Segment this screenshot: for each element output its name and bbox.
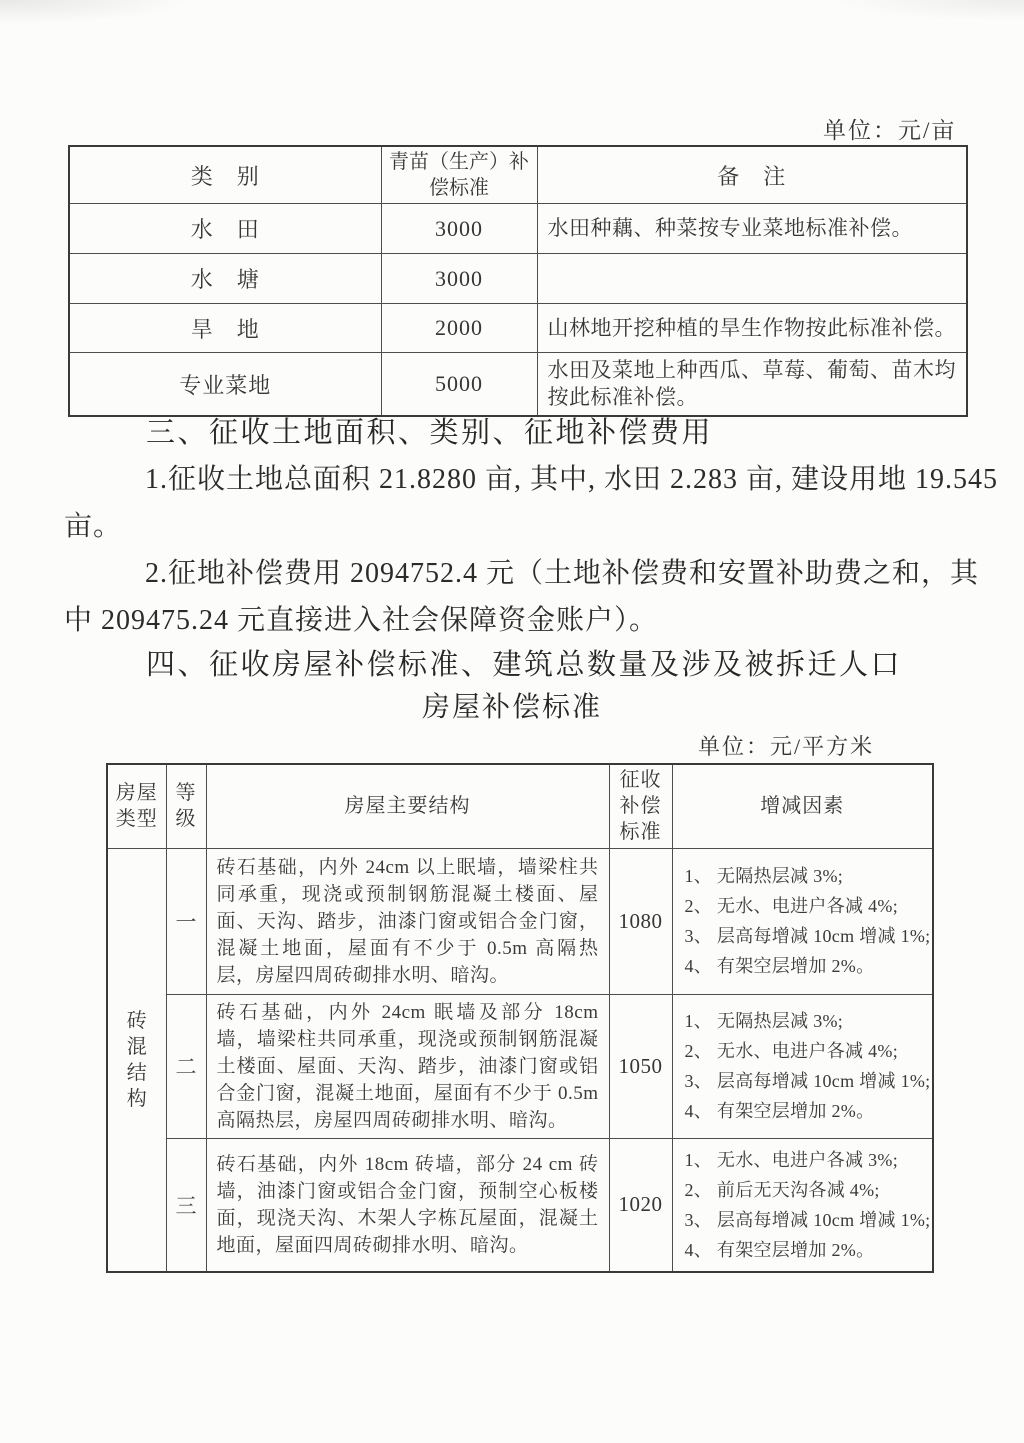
factors-cell: 1、 无隔热层减 3%; 2、 无水、电进户各减 4%; 3、 层高每增减 10… (672, 848, 933, 994)
section3-item1-line1: 1.征收土地总面积 21.8280 亩, 其中, 水田 2.283 亩, 建设用… (145, 457, 998, 497)
standard-value-cell: 1050 (609, 994, 672, 1138)
factor-line: 2、 无水、电进户各减 4%; (685, 1036, 931, 1066)
house-header-structure: 房屋主要结构 (206, 764, 609, 848)
section3-item2-line2: 中 209475.24 元直接进入社会保障资金账户）。 (64, 598, 658, 638)
section4-heading: 四、征收房屋补偿标准、建筑总数量及涉及被拆迁人口 (146, 642, 902, 683)
section3-item1-line2: 亩。 (64, 504, 122, 544)
factor-line: 2、 前后无天沟各减 4%; (685, 1175, 931, 1205)
crop-table-row-vegetable: 专业菜地 5000 水田及菜地上种西瓜、草莓、葡萄、苗木均按此标准补偿。 (69, 353, 967, 417)
house-table-row-grade3: 三 砖石基础，内外 18cm 砖墙，部分 24 cm 砖墙，油漆门窗或铝合金门窗… (107, 1138, 933, 1272)
category-cell: 旱 地 (69, 304, 381, 353)
structure-cell: 砖石基础，内外 24cm 以上眠墙，墙梁柱共同承重，现浇或预制钢筋混凝土楼面、屋… (206, 848, 609, 994)
unit-label-house-table: 单位：元/平方米 (698, 730, 874, 761)
category-cell: 专业菜地 (69, 353, 381, 417)
remark-cell: 水田种藕、种菜按专业菜地标准补偿。 (537, 204, 967, 254)
house-table-title: 房屋补偿标准 (0, 685, 1024, 725)
house-table-row-grade2: 二 砖石基础，内外 24cm 眠墙及部分 18cm 墙，墙梁柱共同承重，现浇或预… (107, 994, 933, 1138)
unit-label-crop-table: 单位：元/亩 (823, 112, 956, 145)
house-table-header-row: 房屋类型 等级 房屋主要结构 征收补偿标准 增减因素 (107, 764, 933, 848)
crop-table-row-pond: 水 塘 3000 (69, 254, 967, 304)
standard-value-cell: 1020 (609, 1138, 672, 1272)
house-header-standard: 征收补偿标准 (609, 764, 672, 848)
crop-table-row-dryland: 旱 地 2000 山林地开挖种植的旱生作物按此标准补偿。 (69, 304, 967, 353)
crop-header-standard: 青苗（生产）补偿标准 (381, 146, 537, 204)
factor-line: 3、 层高每增减 10cm 增减 1%; (685, 1205, 931, 1235)
structure-cell: 砖石基础，内外 18cm 砖墙，部分 24 cm 砖墙，油漆门窗或铝合金门窗，预… (206, 1138, 609, 1272)
standard-cell: 3000 (381, 254, 537, 304)
category-cell: 水 塘 (69, 254, 381, 304)
house-header-grade: 等级 (166, 764, 206, 848)
house-type-vertical-text: 砖混结构 (126, 1008, 148, 1112)
grade-cell: 二 (166, 994, 206, 1138)
section3-heading: 三、征收土地面积、类别、征地补偿费用 (146, 410, 713, 451)
factor-line: 4、 有架空层增加 2%。 (685, 1235, 931, 1265)
standard-value-cell: 1080 (609, 848, 672, 994)
section3-item2-line1: 2.征地补偿费用 2094752.4 元（土地补偿费和安置补助费之和，其 (145, 551, 979, 591)
scanned-document-page: { "doc": { "unit_label_table1": "单位：元/亩"… (0, 0, 1024, 1443)
crop-header-remark: 备 注 (537, 146, 967, 204)
factor-line: 3、 层高每增减 10cm 增减 1%; (685, 1066, 931, 1096)
category-cell: 水 田 (69, 204, 381, 254)
crop-table-row-paddy: 水 田 3000 水田种藕、种菜按专业菜地标准补偿。 (69, 204, 967, 254)
factor-line: 3、 层高每增减 10cm 增减 1%; (685, 921, 931, 951)
factor-line: 1、 无隔热层减 3%; (685, 861, 931, 891)
remark-cell: 山林地开挖种植的旱生作物按此标准补偿。 (537, 304, 967, 353)
structure-cell: 砖石基础，内外 24cm 眠墙及部分 18cm 墙，墙梁柱共同承重，现浇或预制钢… (206, 994, 609, 1138)
crop-compensation-table: 类 别 青苗（生产）补偿标准 备 注 水 田 3000 水田种藕、种菜按专业菜地… (68, 145, 968, 417)
house-table-row-grade1: 砖混结构 一 砖石基础，内外 24cm 以上眠墙，墙梁柱共同承重，现浇或预制钢筋… (107, 848, 933, 994)
remark-cell: 水田及菜地上种西瓜、草莓、葡萄、苗木均按此标准补偿。 (537, 353, 967, 417)
house-header-factors: 增减因素 (672, 764, 933, 848)
factors-cell: 1、 无隔热层减 3%; 2、 无水、电进户各减 4%; 3、 层高每增减 10… (672, 994, 933, 1138)
grade-cell: 三 (166, 1138, 206, 1272)
factor-line: 1、 无隔热层减 3%; (685, 1006, 931, 1036)
crop-table-header-row: 类 别 青苗（生产）补偿标准 备 注 (69, 146, 967, 204)
factor-line: 4、 有架空层增加 2%。 (685, 1096, 931, 1126)
factor-line: 2、 无水、电进户各减 4%; (685, 891, 931, 921)
grade-cell: 一 (166, 848, 206, 994)
house-header-type: 房屋类型 (107, 764, 166, 848)
house-compensation-table: 房屋类型 等级 房屋主要结构 征收补偿标准 增减因素 砖混结构 一 砖石基础，内… (106, 763, 934, 1273)
factor-line: 4、 有架空层增加 2%。 (685, 951, 931, 981)
standard-cell: 3000 (381, 204, 537, 254)
standard-cell: 5000 (381, 353, 537, 417)
remark-cell (537, 254, 967, 304)
house-type-cell: 砖混结构 (107, 848, 166, 1272)
crop-header-category: 类 别 (69, 146, 381, 204)
factors-cell: 1、 无水、电进户各减 3%; 2、 前后无天沟各减 4%; 3、 层高每增减 … (672, 1138, 933, 1272)
factor-line: 1、 无水、电进户各减 3%; (685, 1145, 931, 1175)
standard-cell: 2000 (381, 304, 537, 353)
